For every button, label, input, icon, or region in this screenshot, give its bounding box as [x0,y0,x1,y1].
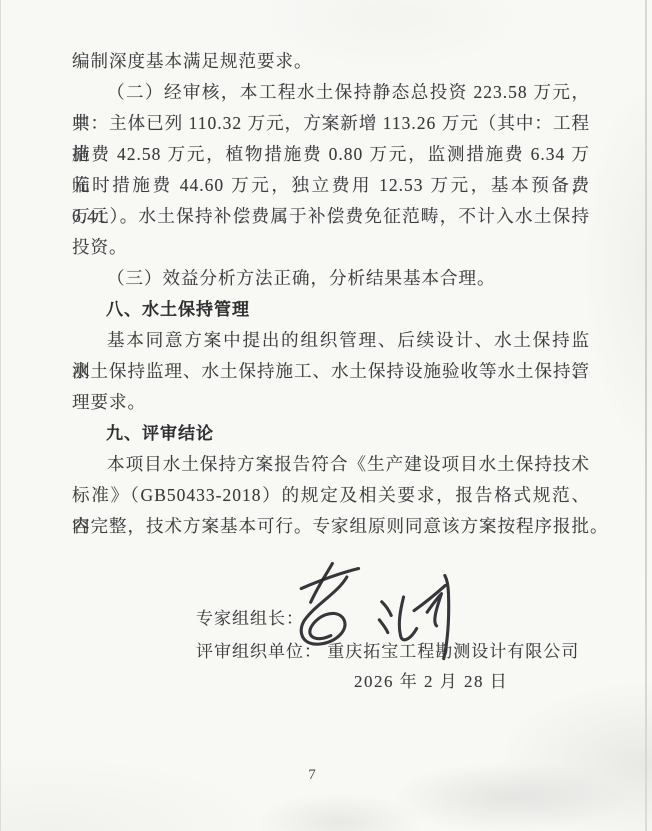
body-text-line: 编制深度基本满足规范要求。 [72,46,590,77]
scanned-document-page: 编制深度基本满足规范要求。（二）经审核，本工程水土保持静态总投资 223.58 … [0,0,652,831]
body-text-line: （二）经审核，本工程水土保持静态总投资 223.58 万元，其 [72,77,590,108]
body-text-line: 水土保持监理、水土保持施工、水土保持设施验收等水土保持管 [72,356,590,387]
body-text-line: 标准》（GB50433-2018）的规定及相关要求，报告格式规范、内 [72,480,590,511]
body-text-line: 容完整，技术方案基本可行。专家组原则同意该方案按程序报批。 [72,511,590,542]
body-text-line: 施费 42.58 万元，植物措施费 0.80 万元，监测措施费 6.34 万元， [72,139,590,170]
page-number: 7 [300,767,324,784]
section-heading: 九、评审结论 [72,418,590,449]
body-text-line: 中：主体已列 110.32 万元，方案新增 113.26 万元（其中：工程措 [72,108,590,139]
organizer-row: 评审组织单位： 重庆拓宝工程勘测设计有限公司 [196,637,579,662]
scan-edge-left [0,0,1,831]
body-text-line: 万元）。水土保持补偿费属于补偿费免征范畴，不计入水土保持 [72,201,590,232]
body-text-line: 投资。 [72,232,590,263]
organizer-name: 重庆拓宝工程勘测设计有限公司 [327,642,579,661]
body-text-line: 基本同意方案中提出的组织管理、后续设计、水土保持监测、 [72,325,590,356]
body-text-line: 本项目水土保持方案报告符合《生产建设项目水土保持技术 [72,449,590,480]
document-body-text: 编制深度基本满足规范要求。（二）经审核，本工程水土保持静态总投资 223.58 … [72,46,590,542]
body-text-line: （三）效益分析方法正确，分析结果基本合理。 [72,263,590,294]
body-text-line: 临时措施费 44.60 万元，独立费用 12.53 万元，基本预备费 6.41 [72,170,590,201]
review-date: 2026 年 2 月 28 日 [354,667,508,692]
scan-edge-right [645,0,647,831]
organizer-label: 评审组织单位： [196,642,322,661]
section-heading: 八、水土保持管理 [72,294,590,325]
body-text-line: 理要求。 [72,387,590,418]
